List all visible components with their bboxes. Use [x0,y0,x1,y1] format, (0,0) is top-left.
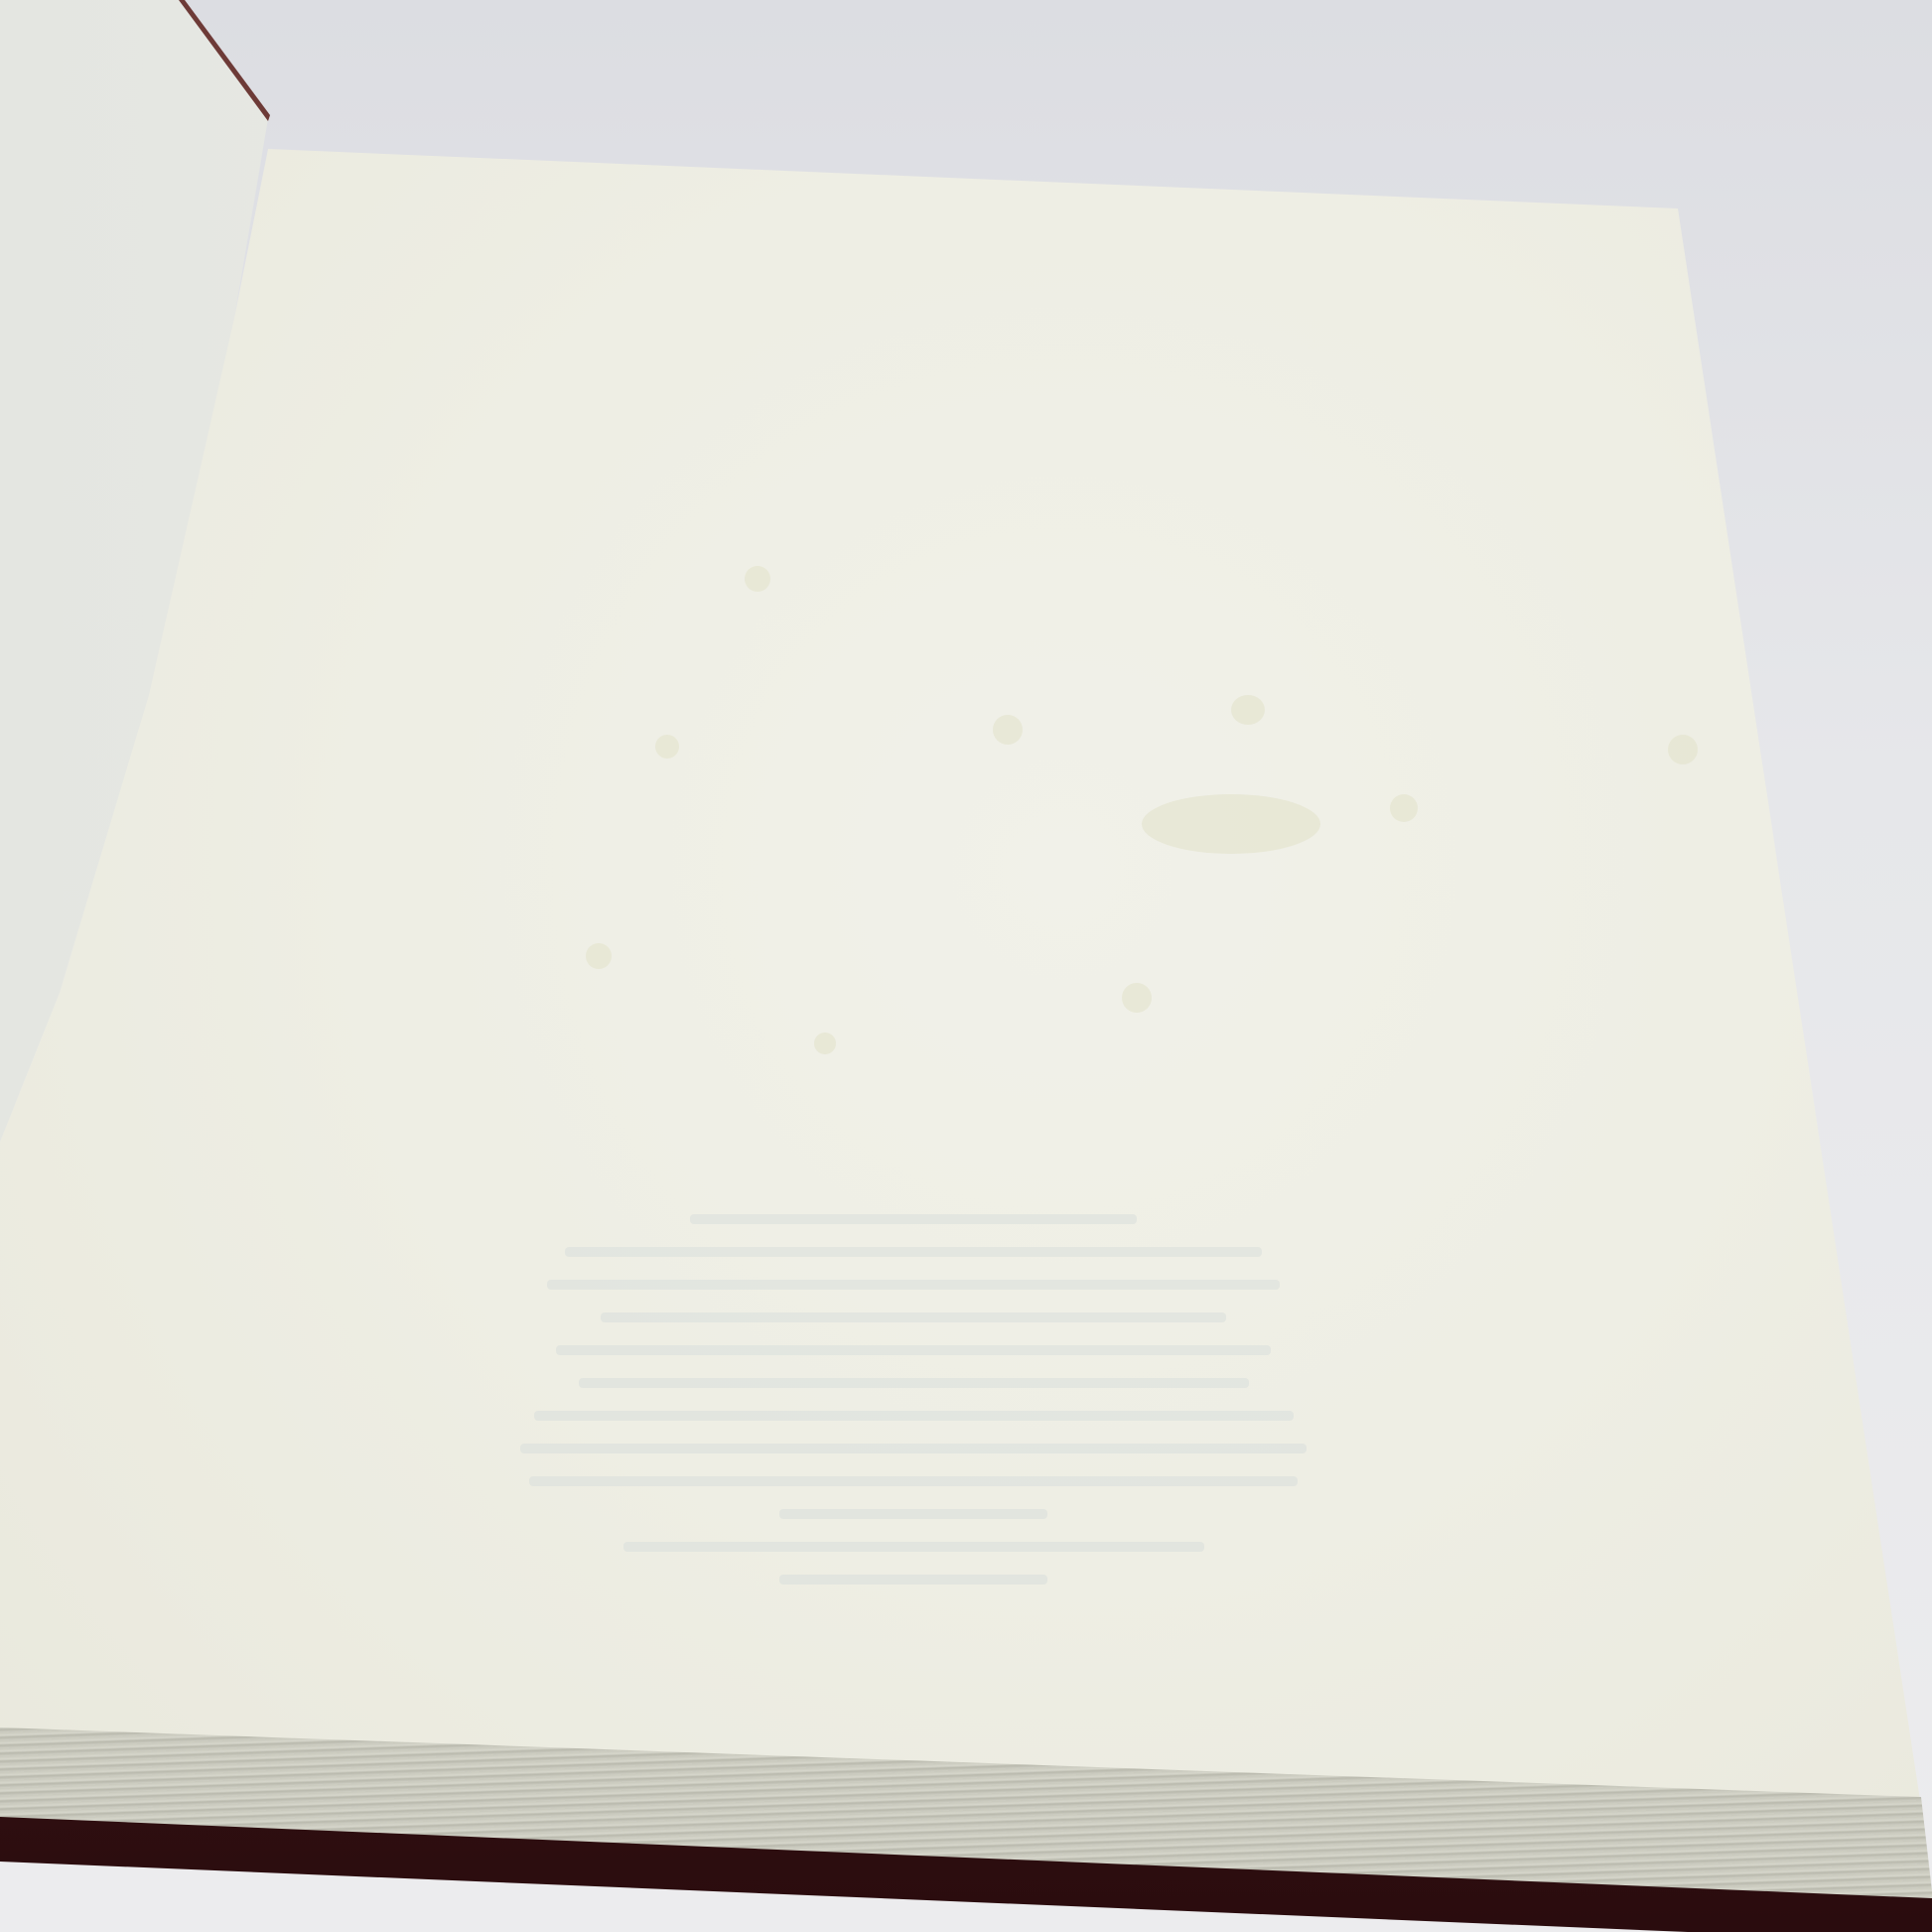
foxing-spot [1231,695,1265,725]
show-through-line [547,1280,1280,1290]
foxing-spot [814,1033,836,1054]
foxing-spot [655,735,679,759]
foxing-spot [586,943,612,969]
show-through-line [565,1247,1262,1257]
show-through-line [529,1476,1298,1486]
foxing-spot [1668,735,1698,764]
show-through-line [534,1411,1294,1421]
foxing-spot [1390,794,1418,822]
show-through-body [467,1191,1360,1607]
show-through-line [779,1509,1047,1519]
show-through-line [601,1312,1226,1322]
foxing-spot [993,715,1023,745]
show-through-line [779,1575,1047,1585]
right-page [0,0,1932,1932]
foxing-spot [1122,983,1152,1013]
show-through-line [623,1542,1204,1552]
show-through-line [579,1378,1249,1388]
show-through-line [556,1345,1271,1355]
foxing-spot [745,566,770,592]
show-through-line [690,1214,1137,1224]
foxing-stain [1142,794,1320,854]
show-through-line [520,1444,1307,1453]
